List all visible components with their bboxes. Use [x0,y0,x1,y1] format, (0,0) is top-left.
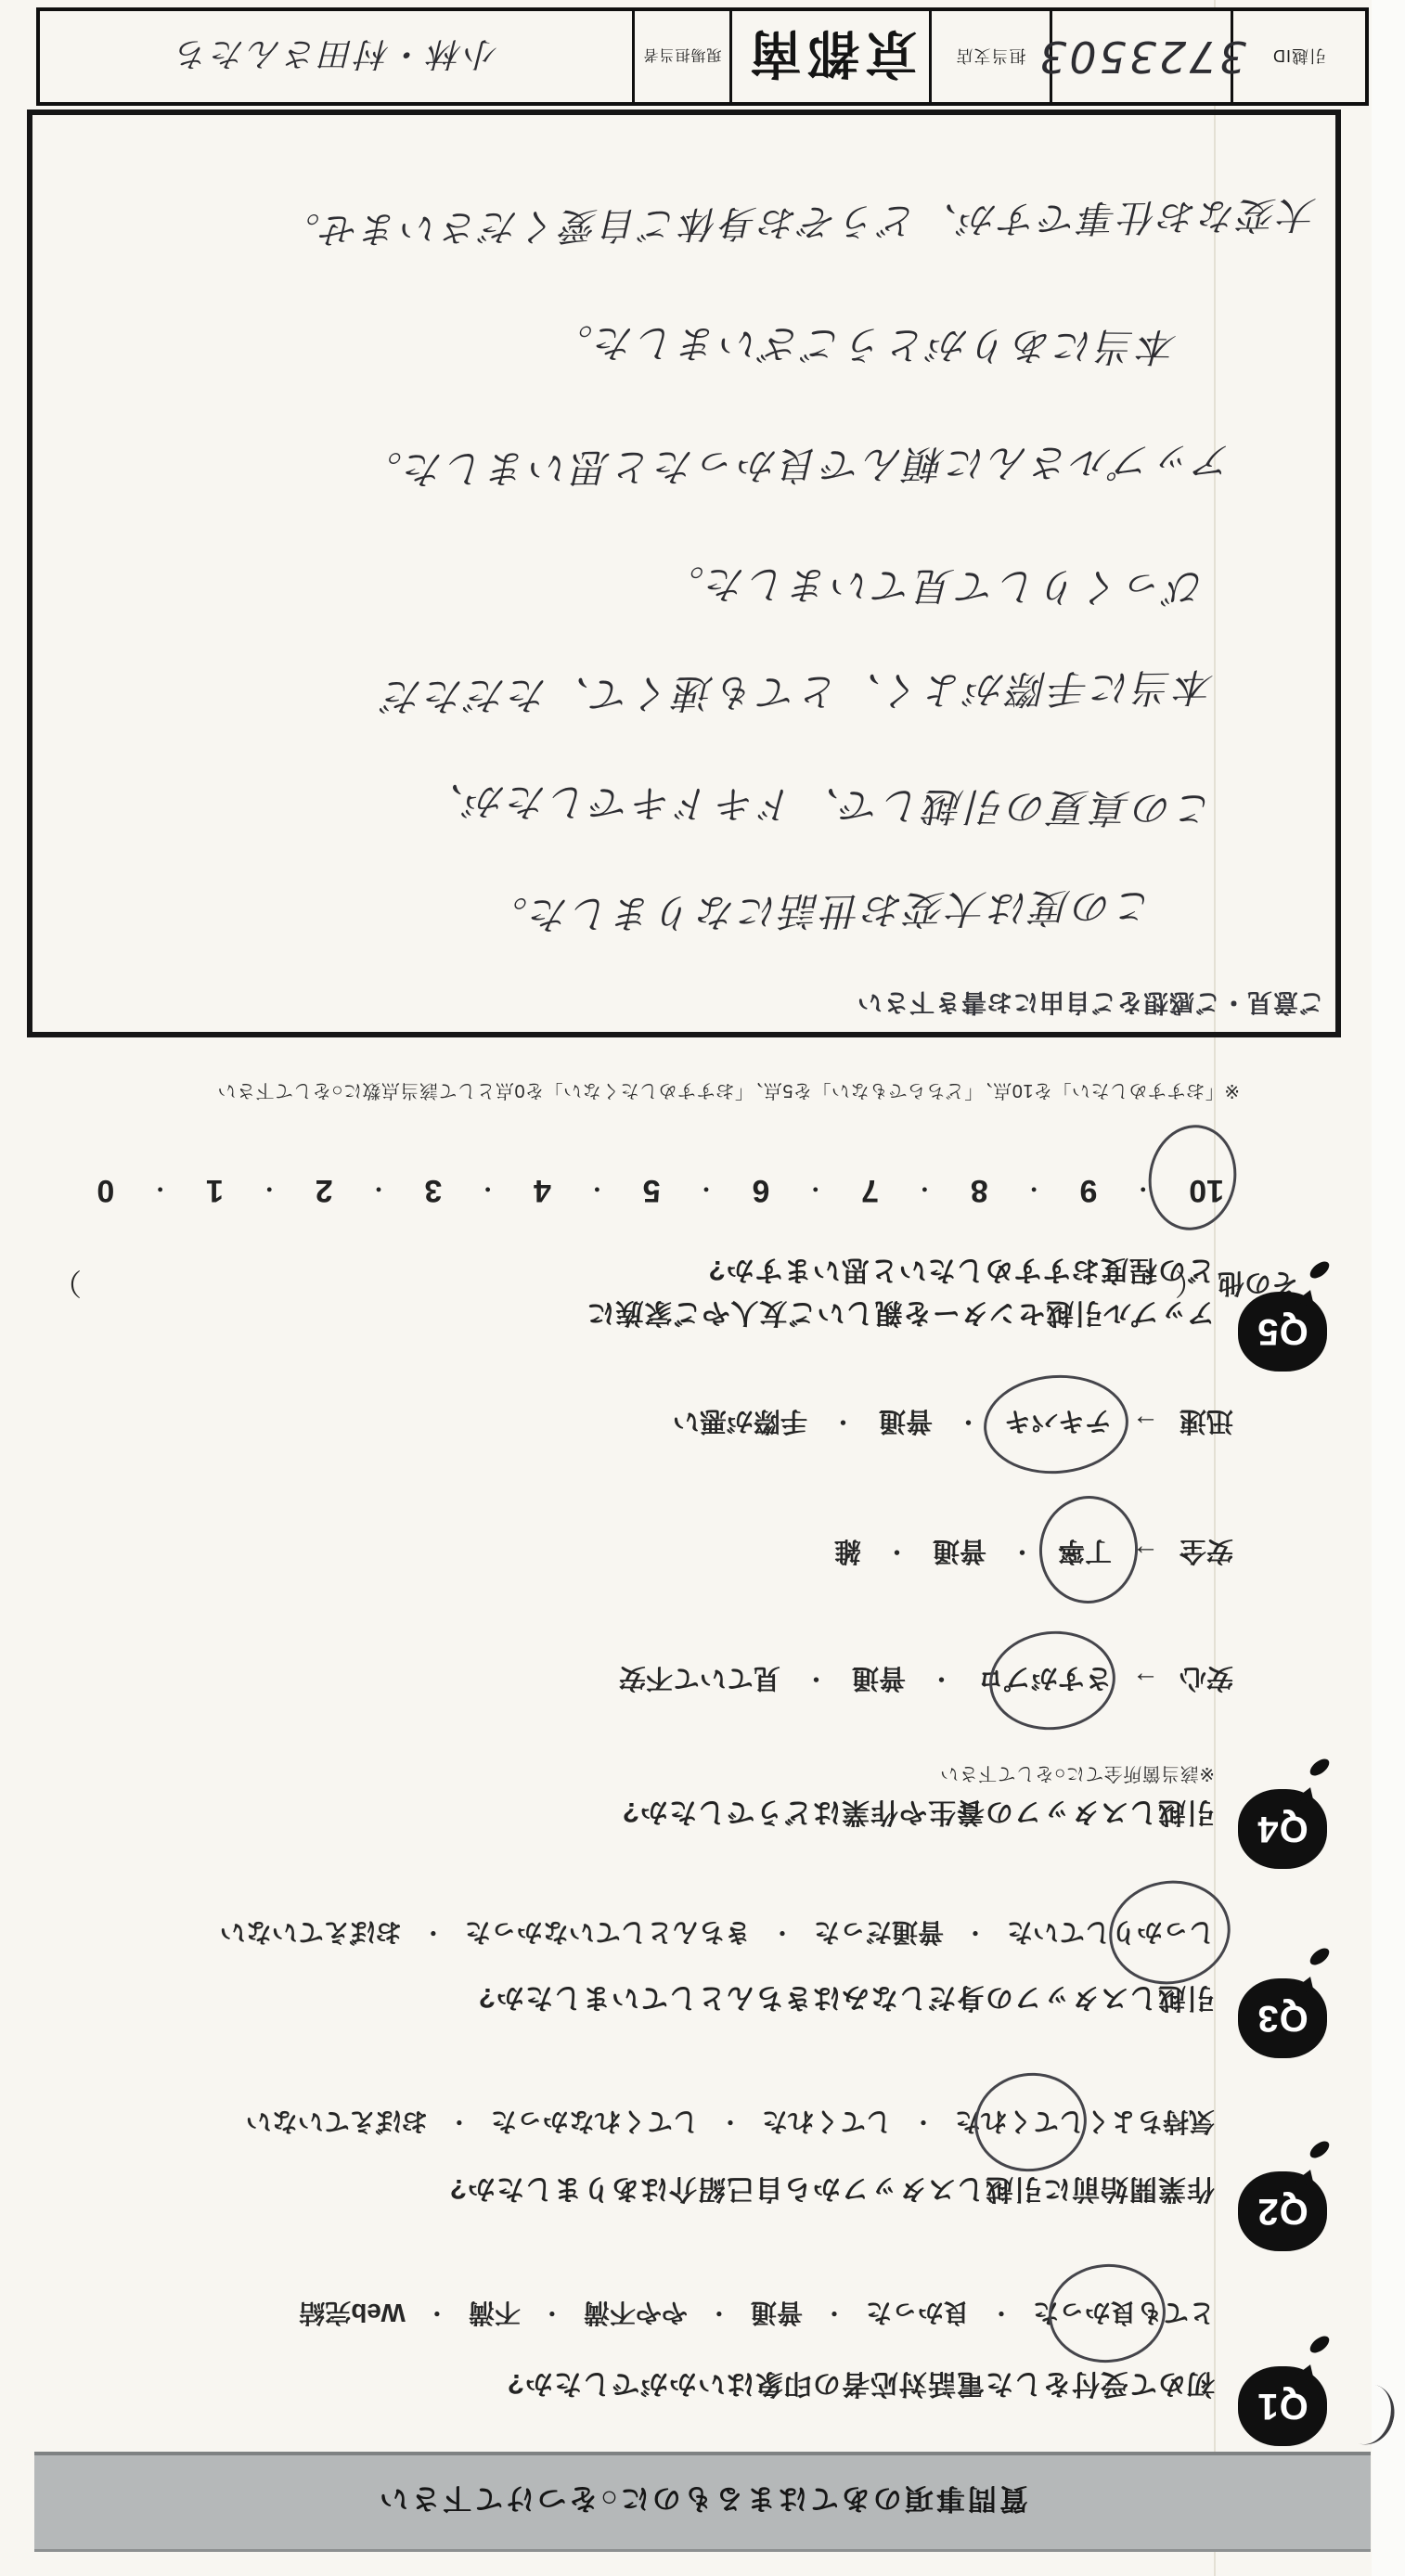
q4-row-jinsoku: 迅速 → テキパキ・ 普通・ 手際が悪い [673,1404,1233,1442]
q4-anzen-handwritten-circle [1035,1492,1142,1608]
q4-row-anzen-label: 安全 [1179,1534,1233,1572]
option-separator: ・ [910,2105,936,2142]
scale-7: 7 [861,1172,879,1208]
q5-handwritten-circle [1141,1118,1244,1238]
move-id-value-cell: 3723503 [1050,11,1231,102]
q4-question: 引越しスタッフの養生や作業はどうでしたか? [622,1795,1215,1835]
option-separator: ・ [955,1404,982,1442]
scale-separator: ・ [585,1173,609,1207]
q4-row-anzen-option-1: 普通 [933,1534,986,1572]
handwritten-line-6: 本当にありがとうございました。 [551,317,1178,378]
handwritten-line-4: びっくりして見ていました。 [663,558,1206,618]
q1-badge-label: Q1 [1257,2386,1308,2428]
header-table: 引越ID 3723503 担当支店 京都南 現場担当者 小林・村田さんたち [36,7,1369,106]
q4-badge-label: Q4 [1257,1809,1308,1850]
q3-badge-label: Q3 [1257,1998,1308,2040]
move-id-label: 引越ID [1272,45,1326,69]
option-separator: ・ [883,1534,910,1572]
branch-stamp: 京都南 [744,19,917,94]
option-separator: ・ [821,2296,847,2333]
scale-separator: ・ [148,1173,173,1207]
q1-option-2: 普通 [751,2296,803,2333]
q4-row-jinsoku-option-1: 普通 [879,1404,933,1442]
q4-anshin-handwritten-circle [985,1625,1120,1736]
q1-badge: Q1 [1238,2366,1327,2446]
option-separator: ・ [539,2296,565,2333]
option-separator: ・ [769,1915,795,1952]
q4-badge: Q4 [1238,1789,1327,1869]
q1-option-1: 良かった [866,2296,970,2333]
comment-box-header: ご意見・ご感想をご自由にお書き下さい [857,986,1324,1023]
q4-note: ※該当箇所全てに○をして下さい [940,1762,1215,1789]
q4-row-jinsoku-label: 迅速 [1179,1404,1233,1442]
q3-option-1: 普通だった [814,1915,944,1952]
scale-0: 0 [97,1172,114,1208]
option-separator: ・ [928,1661,955,1699]
option-separator: ・ [424,2296,450,2333]
q4-row-anzen-option-2: 雑 [834,1534,861,1572]
q1-question: 初めて受付をした電話対応者の印象はいかがでしたか? [507,2366,1215,2407]
branch-stamp-cell: 京都南 [729,11,929,102]
q2-badge: Q2 [1238,2171,1327,2251]
q3-badge: Q3 [1238,1978,1327,2058]
scale-1: 1 [206,1172,224,1208]
q3-question: 引越しスタッフの身だしなみはきちんとしていましたか? [478,1980,1215,2021]
branch-label: 担当支店 [956,45,1026,69]
q2-option-3: おぼえていない [246,2105,428,2142]
q3-option-2: きちんとしていなかった [465,1915,751,1952]
q4-other-close: ） [52,1264,82,1307]
scan-gutter [1372,0,1405,2576]
q1-option-5: Web完結 [299,2296,406,2333]
q2-question: 作業開始前に引越しスタッフから自己紹介はありましたか? [449,2171,1215,2212]
q5-badge: Q5 [1238,1292,1327,1372]
scale-separator: ・ [804,1173,828,1207]
q1-option-3: やや不満 [584,2296,688,2333]
instruction-bar-text: 質問事項のあてはまるものに○をつけて下さい [377,2481,1028,2523]
scale-separator: ・ [476,1173,500,1207]
q1-handwritten-circle [1045,2260,1170,2368]
scale-separator: ・ [694,1173,718,1207]
scale-separator: ・ [1022,1173,1046,1207]
handwritten-line-2: この真夏の引越しで、ドキドキでしたが、 [422,776,1216,840]
option-separator: ・ [420,1915,446,1952]
close-paren: ） [52,1264,82,1307]
q5-question-line1: アップル引越センターを親しいご友人やご家族に [586,1295,1216,1336]
scale-9: 9 [1079,1172,1097,1208]
q3-handwritten-circle [1101,1871,1238,1993]
staff-name-cell: 小林・村田さんたち [40,11,632,102]
scale-separator: ・ [912,1173,936,1207]
option-separator: ・ [1009,1534,1036,1572]
scale-5: 5 [643,1172,661,1208]
q5-badge-label: Q5 [1257,1311,1308,1353]
q5-question-line2: どの程度おすすめしたいと思いますか? [707,1253,1215,1294]
instruction-bar: 質問事項のあてはまるものに○をつけて下さい [34,2452,1371,2552]
q4-row-anshin-option-1: 普通 [852,1661,906,1699]
q2-option-1: してくれた [762,2105,892,2142]
scale-4: 4 [534,1172,551,1208]
scanned-questionnaire-sheet: 質問事項のあてはまるものに○をつけて下さい Q1 初めて受付をした電話対応者の印… [0,0,1405,2576]
handwritten-line-1: この度は大変お世話になりました。 [486,881,1155,946]
handwritten-line-3: 本当に手際がよく、とても速くて、ただただ [380,662,1215,728]
option-separator: ・ [706,2296,732,2333]
option-separator: ・ [988,2296,1014,2333]
q4-row-jinsoku-option-2: 手際が悪い [673,1404,807,1442]
q1-option-4: 不満 [469,2296,521,2333]
scale-separator: ・ [257,1173,281,1207]
q4-jinsoku-handwritten-circle [980,1371,1131,1479]
scale-6: 6 [752,1172,769,1208]
branch-label-cell: 担当支店 [929,11,1050,102]
scale-2: 2 [316,1172,333,1208]
q4-row-anzen: 安全 → 丁寧・ 普通・ 雑 [834,1534,1233,1572]
scale-8: 8 [971,1172,988,1208]
option-separator: ・ [717,2105,743,2142]
option-separator: ・ [962,1915,988,1952]
q4-row-anshin-label: 安心 [1179,1661,1233,1699]
move-id-value: 3723503 [1037,32,1246,82]
staff-label: 現場担当者 [643,46,722,68]
staff-label-cell: 現場担当者 [632,11,729,102]
q4-row-anshin: 安心 → さすがプロ・ 普通・ 見ていて不安 [619,1661,1233,1699]
q4-row-anshin-option-2: 見ていて不安 [619,1661,780,1699]
staff-name: 小林・村田さんたち [174,33,499,81]
scale-3: 3 [424,1172,442,1208]
handwritten-line-5: アップルさんに頼んで良かったと思いました。 [360,435,1233,500]
option-separator: ・ [446,2105,472,2142]
move-id-label-cell: 引越ID [1231,11,1365,102]
option-separator: ・ [803,1661,830,1699]
arrow-icon: → [1132,1408,1159,1438]
q2-option-2: してくれなかった [491,2105,699,2142]
q5-note: ※「おすすめしたい」を10点、「どちらでもない」を5点、「おすすめしたくない」を… [217,1079,1240,1106]
q5-nps-scale: 10・ 9・ 8・ 7・ 6・ 5・ 4・ 3・ 2・ 1・ 0 [97,1172,1224,1208]
q3-option-3: おぼえていない [220,1915,402,1952]
q2-badge-label: Q2 [1257,2191,1308,2233]
q3-options: しっかりしていた・ 普通だった・ きちんとしていなかった・ おぼえていない [220,1915,1215,1952]
scale-separator: ・ [367,1173,391,1207]
option-separator: ・ [830,1404,857,1442]
arrow-icon: → [1132,1665,1159,1695]
q2-handwritten-circle [968,2066,1093,2179]
